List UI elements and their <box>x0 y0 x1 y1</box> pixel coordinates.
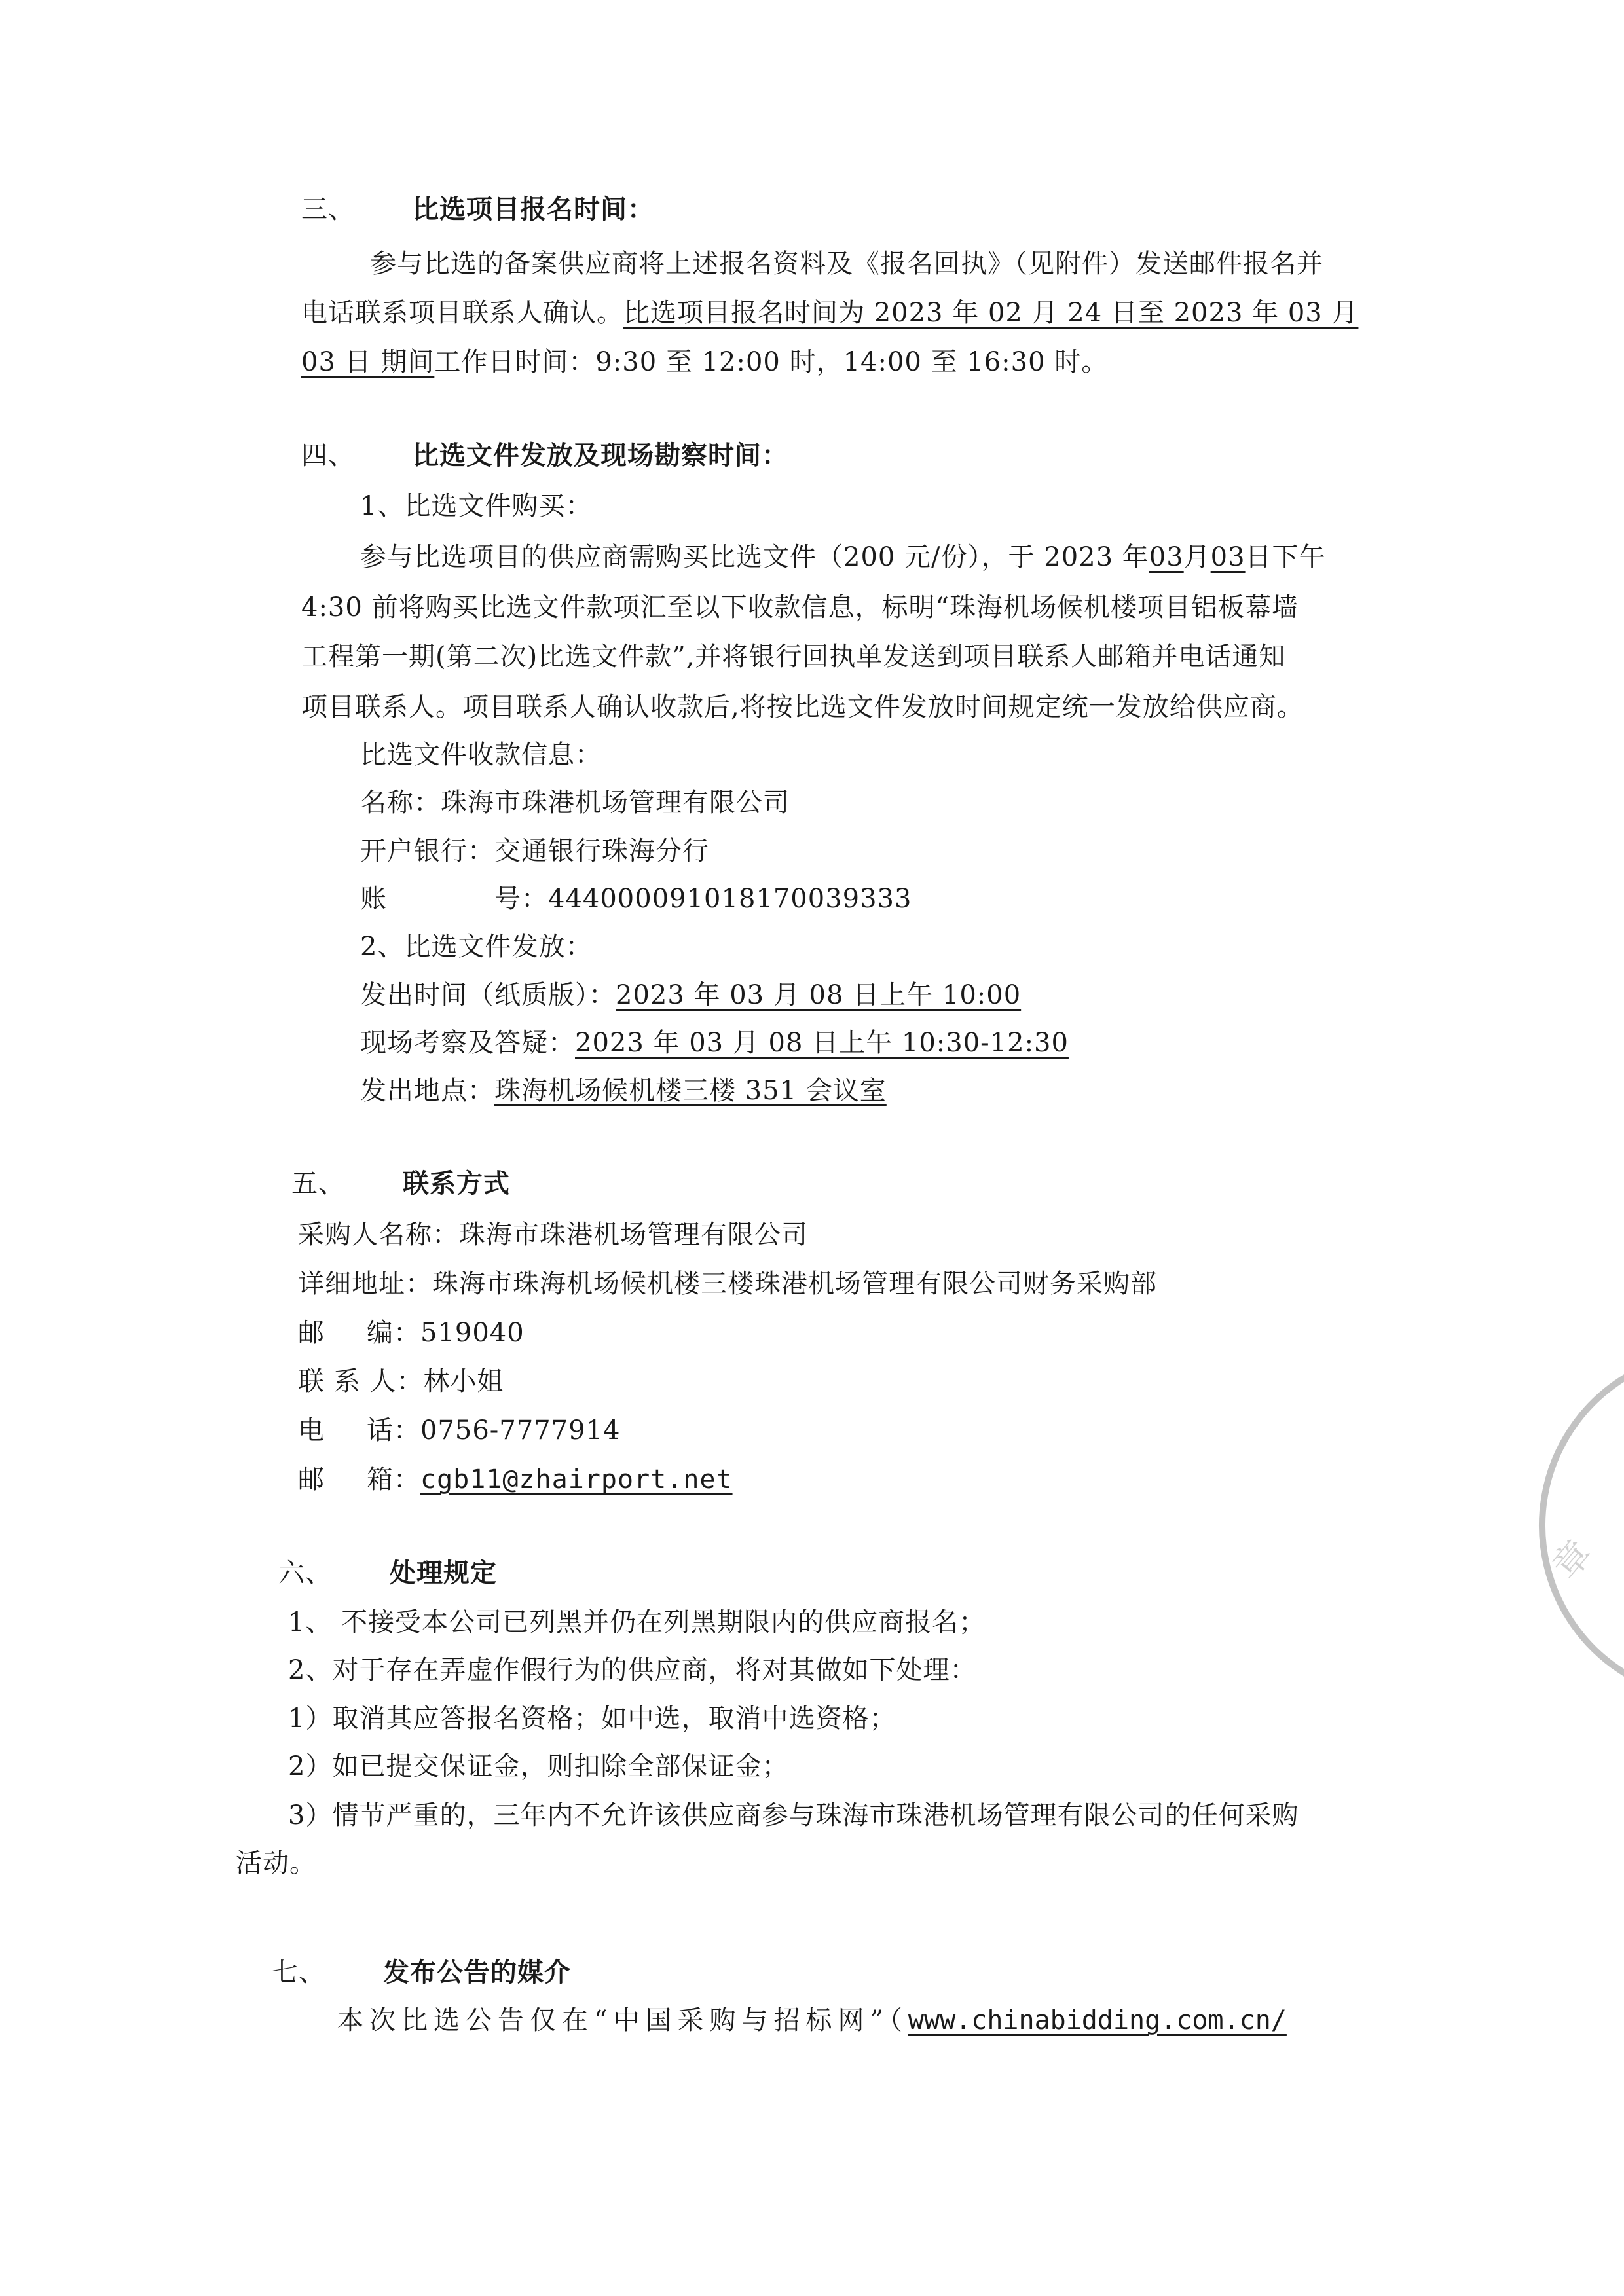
account-label-part: 号： <box>494 884 548 914</box>
issue-time-row: 发出时间（纸质版）：2023 年 03 月 08 日上午 10:00 <box>360 977 1021 1013</box>
account-label-part: 账 <box>360 881 494 917</box>
email-row: 邮箱：cgb11@zhairport.net <box>298 1461 733 1498</box>
registration-paragraph-line-3: 03 日 期间工作日时间：9:30 至 12:00 时，14:00 至 16:3… <box>301 344 1108 380</box>
payee-label: 名称： <box>360 788 441 818</box>
registration-period-end: 03 日 期间 <box>301 347 434 377</box>
deadline-month: 03 <box>1149 542 1184 572</box>
phone-value: 0756-7777914 <box>420 1415 620 1446</box>
issue-place-label: 发出地点： <box>360 1076 494 1106</box>
account-number: 444000091018170039333 <box>548 884 912 914</box>
issue-place-value: 珠海机场候机楼三楼 351 会议室 <box>494 1076 887 1106</box>
address-label: 详细地址： <box>298 1269 432 1299</box>
postcode-row: 邮编：519040 <box>298 1315 525 1351</box>
phone-label-part: 话： <box>367 1415 420 1446</box>
working-hours-text: 工作日时间：9:30 至 12:00 时，14:00 至 16:30 时。 <box>434 347 1108 377</box>
payee-value: 珠海市珠港机场管理有限公司 <box>441 788 790 818</box>
deadline-day: 03 <box>1211 542 1246 572</box>
seal-stamp: 章 <box>1493 1349 1624 1755</box>
site-visit-label: 现场考察及答疑： <box>360 1028 575 1058</box>
registration-paragraph-line-2: 电话联系项目联系人确认。比选项目报名时间为 2023 年 02 月 24 日至 … <box>301 295 1358 331</box>
rule-item: 3）情节严重的，三年内不允许该供应商参与珠海市珠港机场管理有限公司的任何采购 <box>288 1797 1299 1834</box>
buyer-value: 珠海市珠港机场管理有限公司 <box>459 1220 808 1250</box>
contact-value: 林小姐 <box>423 1366 504 1396</box>
section-7-heading: 七、发布公告的媒介 <box>272 1954 571 1991</box>
postcode-label-part: 编： <box>367 1318 420 1348</box>
contact-label: 联 系 人： <box>298 1366 423 1396</box>
buyer-label: 采购人名称： <box>298 1220 459 1250</box>
rule-item: 1）取消其应答报名资格；如中选，取消中选资格； <box>288 1700 896 1737</box>
phone-row: 电话：0756-7777914 <box>298 1412 620 1449</box>
static-text: 电话联系项目联系人确认。 <box>301 298 623 328</box>
section-title: 联系方式 <box>403 1169 510 1199</box>
site-visit-value: 2023 年 03 月 08 日上午 10:30-12:30 <box>575 1028 1069 1058</box>
media-paragraph: 本次比选公告仅在“中国采购与招标网”（www.chinabidding.com.… <box>337 2002 1287 2039</box>
buyer-row: 采购人名称：珠海市珠港机场管理有限公司 <box>298 1216 808 1253</box>
rule-item: 1、 不接受本公司已列黑并仍在列黑期限内的供应商报名； <box>288 1604 986 1641</box>
bank-value: 交通银行珠海分行 <box>494 836 709 866</box>
registration-paragraph-line-1: 参与比选的备案供应商将上述报名资料及《报名回执》（见附件）发送邮件报名并 <box>370 246 1323 282</box>
issue-time-label: 发出时间（纸质版）： <box>360 980 616 1010</box>
bank-label: 开户银行： <box>360 836 494 866</box>
section-4-heading: 四、比选文件发放及现场勘察时间： <box>301 437 788 474</box>
static-text: 本次比选公告仅在“中国采购与招标网”（ <box>337 2005 908 2035</box>
static-text: 日下午 <box>1246 542 1326 572</box>
email-label-part: 邮 <box>298 1461 367 1498</box>
rule-continuation: 活动。 <box>236 1845 316 1882</box>
section-number: 七、 <box>272 1954 383 1991</box>
section-number: 五、 <box>291 1165 403 1202</box>
section-number: 六、 <box>278 1555 390 1592</box>
issue-time-value: 2023 年 03 月 08 日上午 10:00 <box>616 980 1021 1010</box>
chinabidding-link[interactable]: www.chinabidding.com.cn/ <box>908 2005 1287 2035</box>
email-link[interactable]: cgb11@zhairport.net <box>420 1465 733 1495</box>
static-text: 参与比选项目的供应商需购买比选文件（200 元/份），于 2023 年 <box>360 542 1149 572</box>
section-title: 比选文件发放及现场勘察时间： <box>413 441 788 471</box>
purchase-paragraph-line-4: 项目联系人。项目联系人确认收款后,将按比选文件发放时间规定统一发放给供应商。 <box>301 689 1304 725</box>
section-title: 比选项目报名时间： <box>413 194 654 225</box>
postcode-label-part: 邮 <box>298 1315 367 1351</box>
registration-period-text: 比选项目报名时间为 2023 年 02 月 24 日至 2023 年 03 月 <box>623 298 1358 328</box>
section-5-heading: 五、联系方式 <box>291 1165 510 1202</box>
contact-row: 联 系 人：林小姐 <box>298 1363 504 1400</box>
account-row: 账号：444000091018170039333 <box>360 881 912 917</box>
payee-row: 名称：珠海市珠港机场管理有限公司 <box>360 784 790 821</box>
purchase-paragraph-line-2: 4:30 前将购买比选文件款项汇至以下收款信息，标明“珠海机场候机楼项目铝板幕墙 <box>301 589 1299 626</box>
static-text: 月 <box>1184 542 1211 572</box>
address-value: 珠海市珠海机场候机楼三楼珠港机场管理有限公司财务采购部 <box>432 1269 1157 1299</box>
section-number: 三、 <box>301 191 413 228</box>
site-visit-row: 现场考察及答疑：2023 年 03 月 08 日上午 10:30-12:30 <box>360 1025 1069 1061</box>
rule-item: 2、对于存在弄虚作假行为的供应商，将对其做如下处理： <box>288 1652 976 1688</box>
rule-item: 2）如已提交保证金，则扣除全部保证金； <box>288 1748 788 1785</box>
section-title: 处理规定 <box>390 1558 497 1588</box>
purchase-paragraph-line-3: 工程第一期(第二次)比选文件款”,并将银行回执单发送到项目联系人邮箱并电话通知 <box>301 638 1285 675</box>
subsection-issue-title: 2、比选文件发放： <box>360 928 592 965</box>
section-title: 发布公告的媒介 <box>383 1958 571 1988</box>
section-6-heading: 六、处理规定 <box>278 1555 497 1592</box>
issue-place-row: 发出地点：珠海机场候机楼三楼 351 会议室 <box>360 1072 887 1109</box>
section-3-heading: 三、比选项目报名时间： <box>301 191 654 228</box>
postcode-value: 519040 <box>420 1318 525 1348</box>
bank-row: 开户银行：交通银行珠海分行 <box>360 833 709 869</box>
address-row: 详细地址：珠海市珠海机场候机楼三楼珠港机场管理有限公司财务采购部 <box>298 1266 1157 1302</box>
purchase-paragraph-line-1: 参与比选项目的供应商需购买比选文件（200 元/份），于 2023 年03月03… <box>360 539 1326 575</box>
phone-label-part: 电 <box>298 1412 367 1449</box>
subsection-purchase-title: 1、比选文件购买： <box>360 488 592 524</box>
payment-info-title: 比选文件收款信息： <box>360 737 602 773</box>
section-number: 四、 <box>301 437 413 474</box>
email-label-part: 箱： <box>367 1465 420 1495</box>
